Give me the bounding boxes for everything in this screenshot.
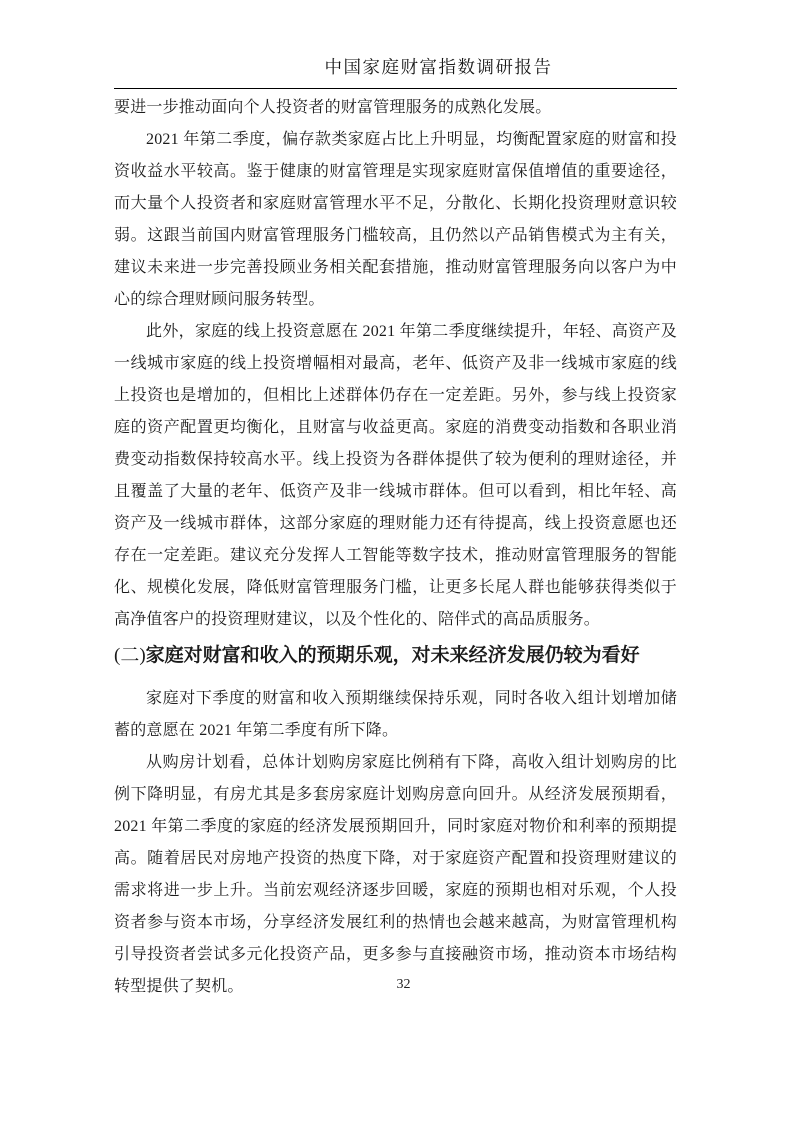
document-body: 要进一步推动面向个人投资者的财富管理服务的成熟化发展。2021 年第二季度，偏存… <box>114 92 677 1003</box>
paragraph: 2021 年第二季度，偏存款类家庭占比上升明显，均衡配置家庭的财富和投资收益水平… <box>114 124 677 316</box>
header-rule <box>114 88 677 89</box>
paragraph: 此外，家庭的线上投资意愿在 2021 年第二季度继续提升，年轻、高资产及一线城市… <box>114 316 677 636</box>
paragraph: 家庭对下季度的财富和收入预期继续保持乐观，同时各收入组计划增加储蓄的意愿在 20… <box>114 683 677 747</box>
section-heading-text: 家庭对财富和收入的预期乐观，对未来经济发展仍较为看好 <box>146 645 640 666</box>
page-number: 32 <box>7 977 793 993</box>
section-heading-prefix: (二) <box>114 645 146 666</box>
paragraph: 要进一步推动面向个人投资者的财富管理服务的成熟化发展。 <box>114 92 677 124</box>
paragraph: 从购房计划看，总体计划购房家庭比例稍有下降，高收入组计划购房的比例下降明显，有房… <box>114 747 677 1003</box>
section-heading: (二)家庭对财富和收入的预期乐观，对未来经济发展仍较为看好 <box>114 640 677 672</box>
document-page: 中国家庭财富指数调研报告 要进一步推动面向个人投资者的财富管理服务的成熟化发展。… <box>0 0 793 1122</box>
page-header-title: 中国家庭财富指数调研报告 <box>42 54 793 79</box>
